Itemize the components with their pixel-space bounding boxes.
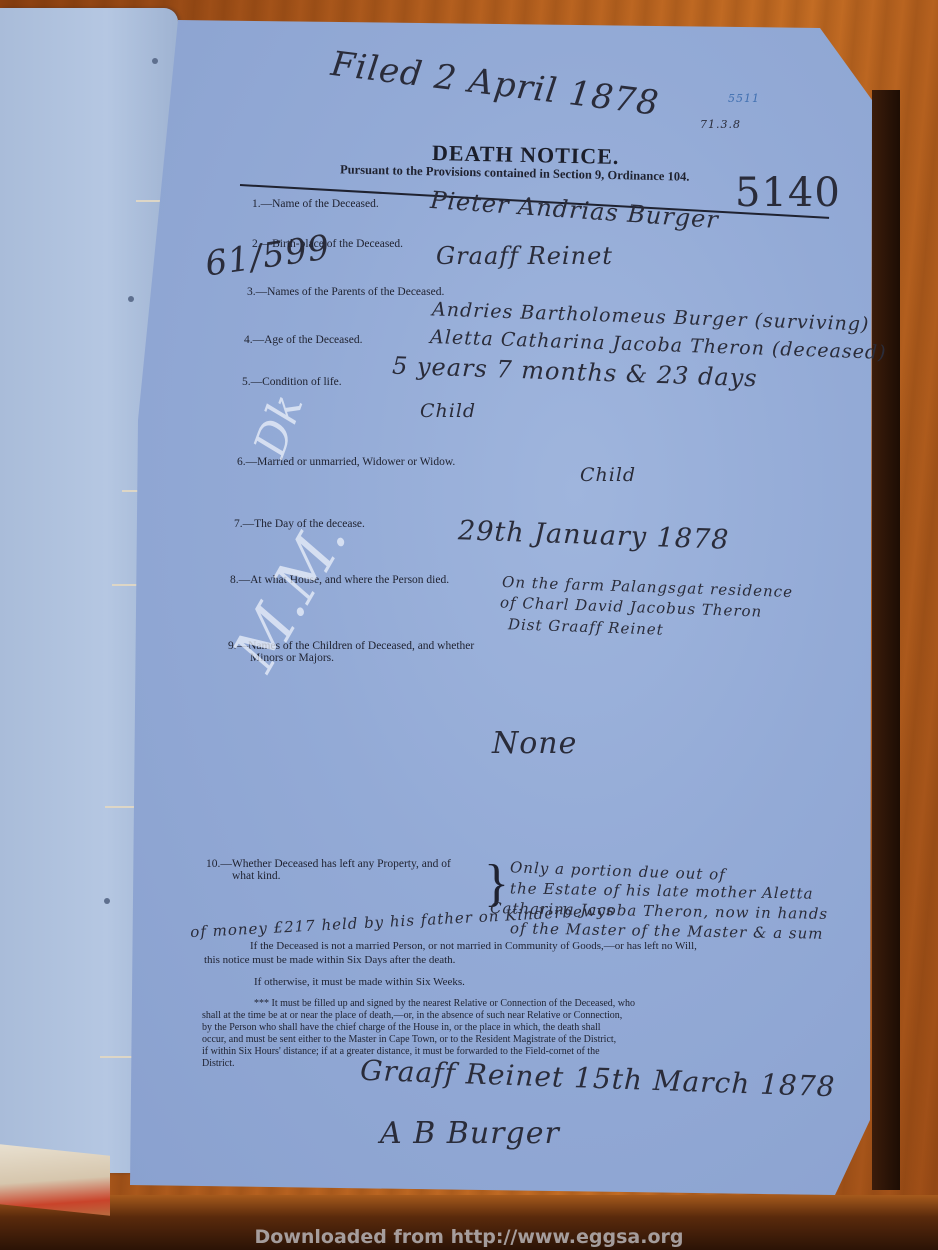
blue-note-2: 71.3.8 [700, 118, 741, 131]
field-9-value: None [492, 726, 577, 761]
instruction-line-2: this notice must be made within Six Days… [204, 954, 455, 967]
signature-name: A B Burger [380, 1116, 560, 1151]
binding-hole [128, 296, 134, 302]
field-10-label-line-2: what kind. [232, 870, 281, 882]
page-edge-shadow [872, 90, 900, 1190]
bundle-edge-papers [0, 1144, 110, 1216]
field-2-value: Graaff Reinet [436, 242, 613, 270]
field-5-value: Child [420, 400, 476, 422]
field-4-label: 4.—Age of the Deceased. [244, 334, 362, 346]
field-10-label-line-1: 10.—Whether Deceased has left any Proper… [206, 858, 451, 870]
notice-number: 5140 [735, 170, 841, 216]
instruction-para-line-1: *** It must be filled up and signed by t… [254, 998, 635, 1011]
instruction-para-line-2: shall at the time be at or near the plac… [202, 1010, 622, 1023]
instruction-para-line-6: District. [202, 1058, 235, 1071]
binding-hole [152, 58, 158, 64]
instruction-para-line-3: by the Person who shall have the chief c… [202, 1022, 601, 1035]
watermark: Downloaded from http://www.eggsa.org [0, 1226, 938, 1248]
blue-note-1: 5511 [728, 92, 760, 105]
binding-hole [104, 898, 110, 904]
field-1-label: 1.—Name of the Deceased. [252, 198, 379, 210]
instruction-para-line-4: occur, and must be sent either to the Ma… [202, 1034, 616, 1047]
instruction-line-3: If otherwise, it must be made within Six… [254, 976, 465, 989]
field-6-value: Child [580, 464, 636, 486]
field-6-label: 6.—Married or unmarried, Widower or Wido… [237, 456, 455, 468]
field-2-label: 2.—Birth-place of the Deceased. [252, 238, 403, 250]
instruction-line-1: If the Deceased is not a married Person,… [250, 940, 697, 953]
field-3-label: 3.—Names of the Parents of the Deceased. [247, 286, 444, 298]
field-5-label: 5.—Condition of life. [242, 376, 342, 388]
